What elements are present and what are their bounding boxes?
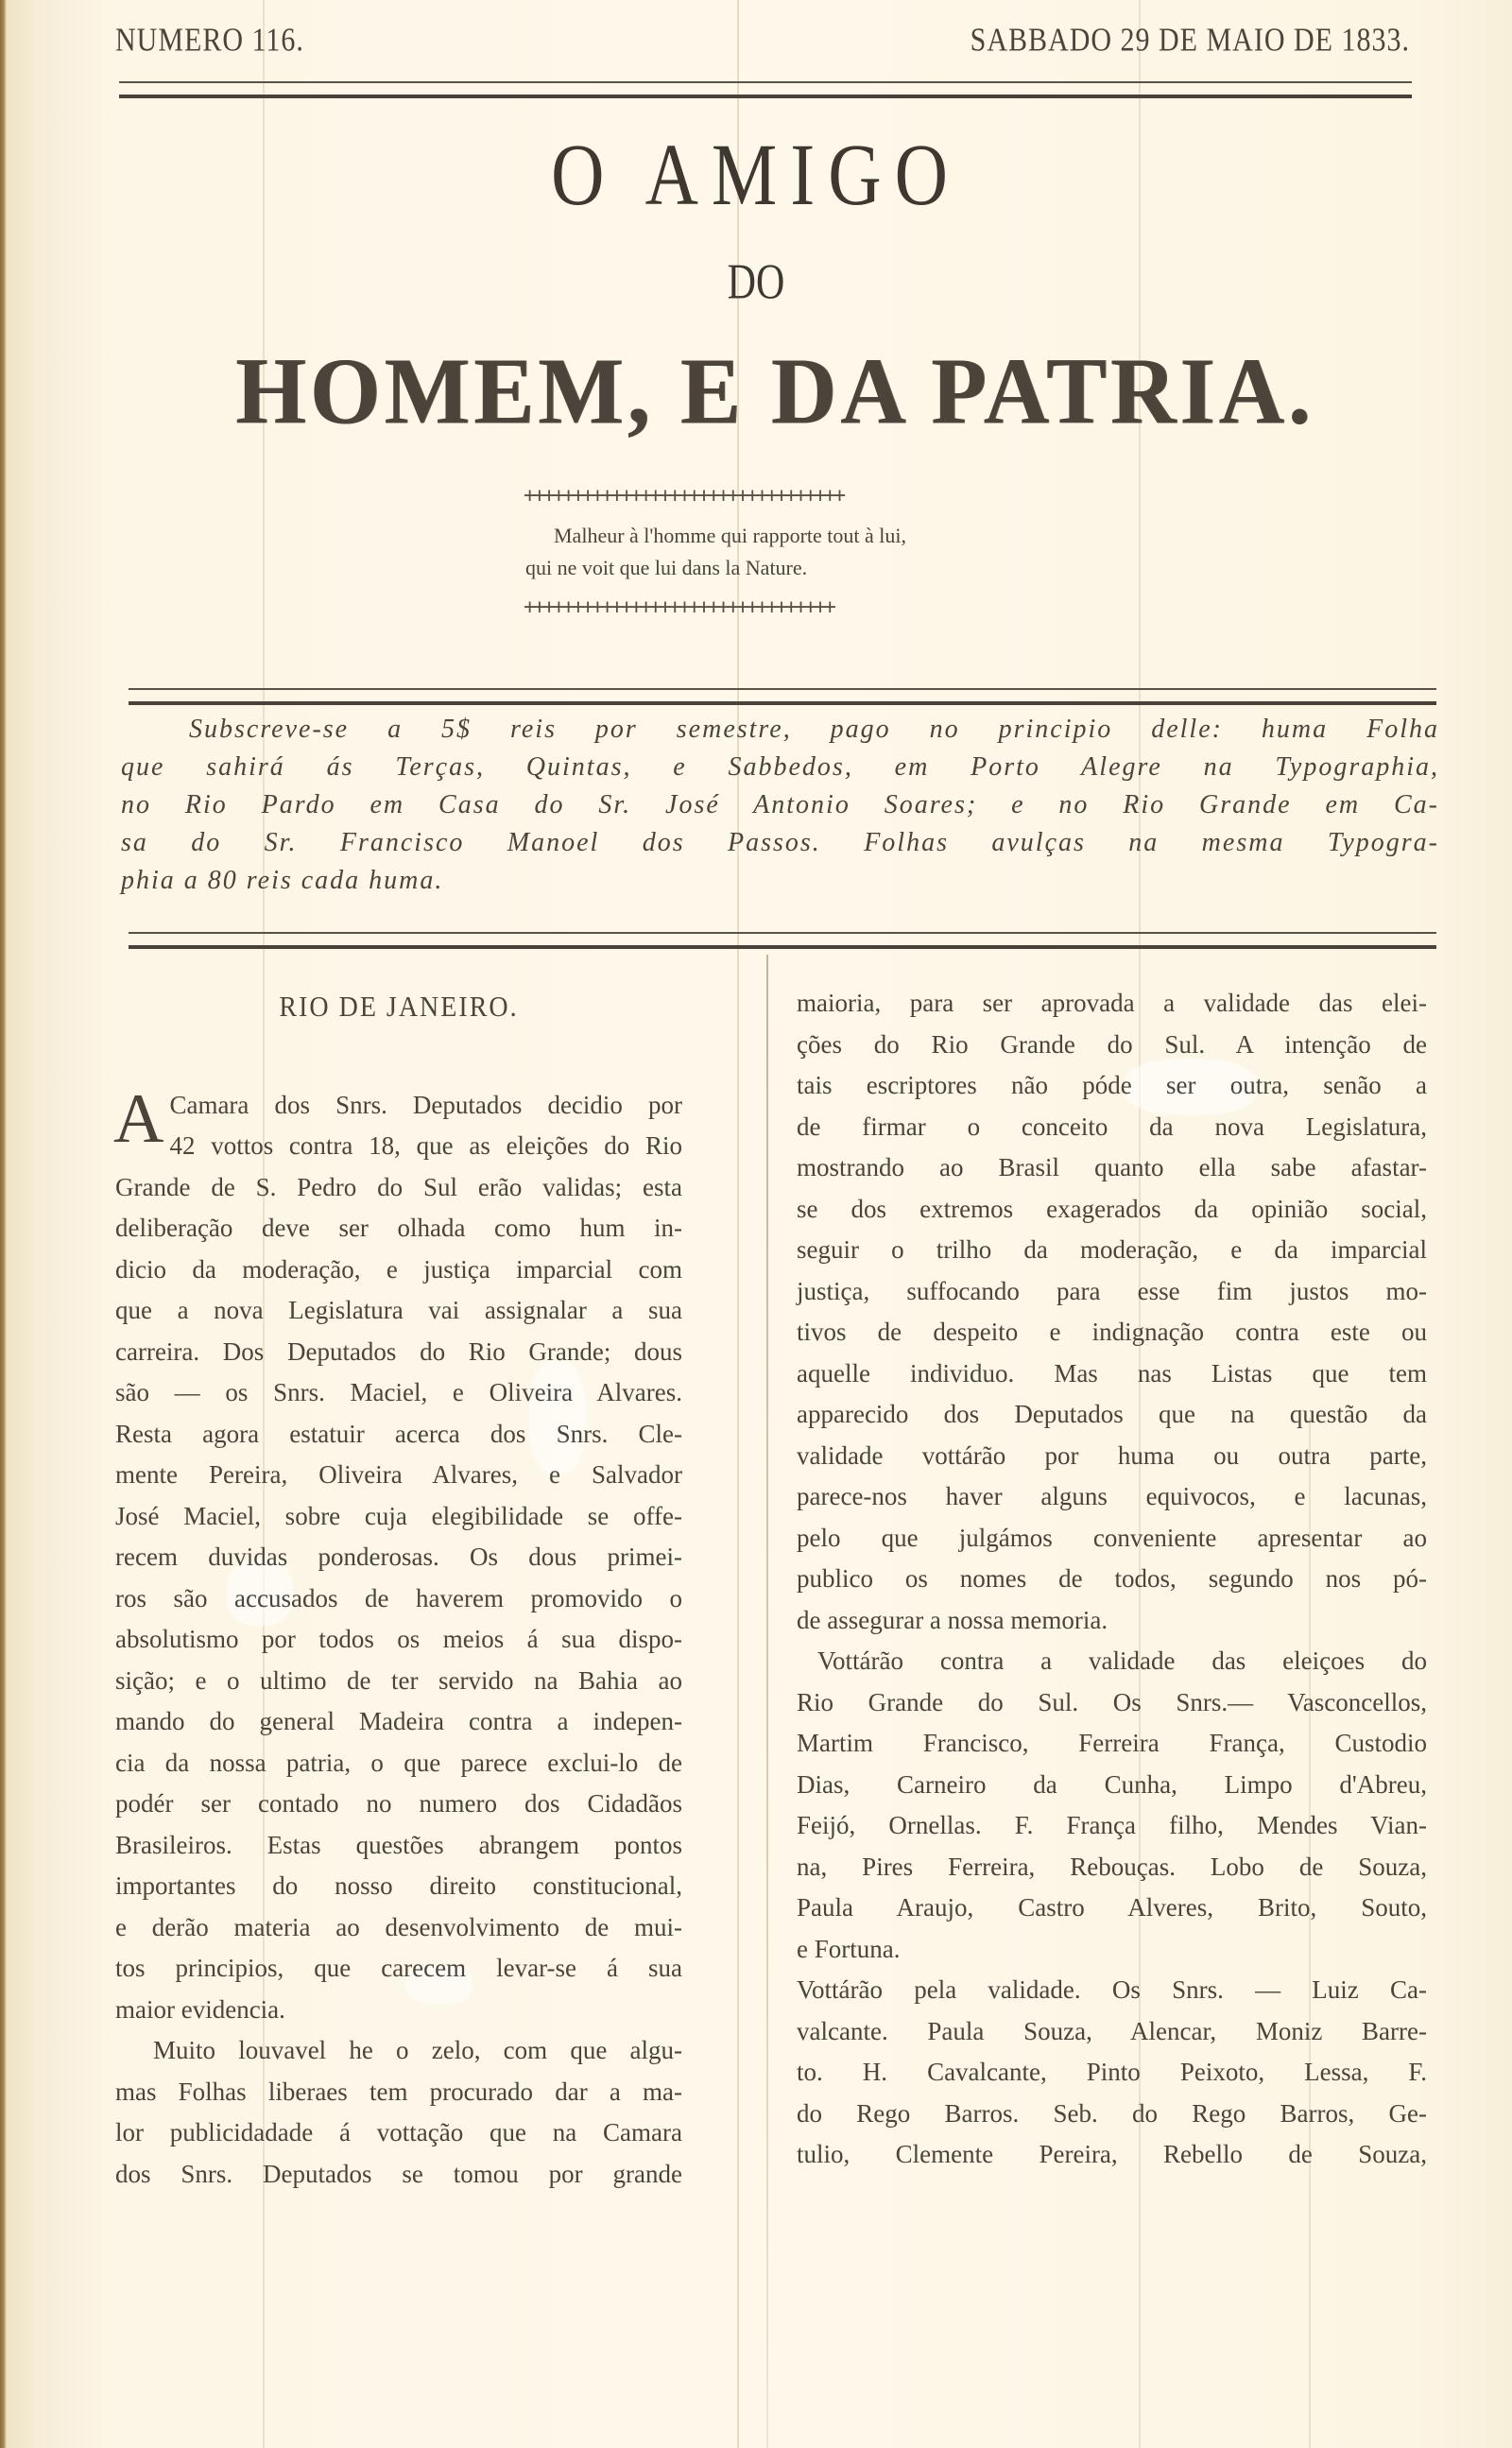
text-line: Rio Grande do Sul. Os Snrs.— Vasconcello…: [797, 1682, 1427, 1724]
text-line: pelo que julgámos conveniente apresentar…: [797, 1518, 1427, 1560]
text-line: tulio, Clemente Pereira, Rebello de Souz…: [797, 2134, 1427, 2176]
text-line: seguir o trilho da moderação, e da impar…: [797, 1230, 1427, 1271]
text-line: ros são accusados de haverem promovido o: [115, 1578, 682, 1620]
text-line: podér ser contado no numero dos Cidadãos: [115, 1784, 682, 1825]
text-line: Paula Araujo, Castro Alveres, Brito, Sou…: [797, 1888, 1427, 1929]
text-line: na, Pires Ferreira, Rebouças. Lobo de So…: [797, 1847, 1427, 1888]
subscription-line: que sahirá ás Terças, Quintas, e Sabbedo…: [121, 749, 1439, 786]
subscription-notice: Subscreve-se a 5$ reis por semestre, pag…: [121, 711, 1439, 900]
text-line: apparecido dos Deputados que na questão …: [797, 1394, 1427, 1436]
text-line: Martim Francisco, Ferreira França, Custo…: [797, 1723, 1427, 1765]
text-line: dicio da moderação, e justiça imparcial …: [115, 1250, 682, 1291]
article-heading: RIO DE JANEIRO.: [115, 985, 682, 1030]
ornament-rule-top: +++++++++++++++++++++++++++++++++: [524, 484, 1039, 508]
text-line: mostrando ao Brasil quanto ella sabe afa…: [797, 1147, 1427, 1189]
column-divider: [766, 955, 768, 2448]
text-line: e derão materia ao desenvolvimento de mu…: [115, 1907, 682, 1949]
text-line: publico os nomes de todos, segundo nos p…: [797, 1559, 1427, 1600]
text-line: Feijó, Ornellas. F. França filho, Mendes…: [797, 1805, 1427, 1847]
text-line: do Rego Barros. Seb. do Rego Barros, Ge-: [797, 2094, 1427, 2135]
text-line: tos principios, que carecem levar-se á s…: [115, 1948, 682, 1990]
subscription-rule-top: [129, 688, 1436, 705]
text-line: tivos de despeito e indignação contra es…: [797, 1312, 1427, 1353]
subscription-line: phia a 80 reis cada huma.: [121, 862, 1439, 900]
text-line: Camara dos Snrs. Deputados decidio por: [115, 1085, 682, 1127]
text-line: se dos extremos exagerados da opinião so…: [797, 1189, 1427, 1231]
text-line: maioria, para ser aprovada a validade da…: [797, 983, 1427, 1025]
article-paragraph: Muito louvavel he o zelo, com que algu- …: [115, 2030, 682, 2195]
text-line: parece-nos haver alguns equivocos, e lac…: [797, 1476, 1427, 1518]
text-line: validade vottárão por huma ou outra part…: [797, 1436, 1427, 1477]
newspaper-page: NUMERO 116. SABBADO 29 DE MAIO DE 1833. …: [0, 0, 1512, 2448]
article-paragraph: Vottárão contra a validade das eleiçoes …: [797, 1641, 1427, 1970]
text-line: to. H. Cavalcante, Pinto Peixoto, Lessa,…: [797, 2052, 1427, 2094]
subscription-line: no Rio Pardo em Casa do Sr. José Antonio…: [121, 786, 1439, 824]
article-left-column: RIO DE JANEIRO. A Camara dos Snrs. Deput…: [115, 983, 682, 2195]
text-line: José Maciel, sobre cuja elegibilidade se…: [115, 1496, 682, 1538]
masthead-top-line: NUMERO 116. SABBADO 29 DE MAIO DE 1833.: [115, 22, 1410, 59]
text-line: recem duvidas ponderosas. Os dous primei…: [115, 1537, 682, 1578]
text-line: Vottárão pela validade. Os Snrs. — Luiz …: [797, 1970, 1427, 2011]
subscription-line: Subscreve-se a 5$ reis por semestre, pag…: [121, 711, 1439, 749]
ornament-rule-bottom: ++++++++++++++++++++++++++++++++: [524, 595, 1010, 619]
text-line: valcante. Paula Souza, Alencar, Moniz Ba…: [797, 2011, 1427, 2053]
text-line: são — os Snrs. Maciel, e Oliveira Alvare…: [115, 1372, 682, 1414]
issue-date: SABBADO 29 DE MAIO DE 1833.: [971, 22, 1410, 59]
epigraph-line-2: qui ne voit que lui dans la Nature.: [525, 556, 807, 579]
text-line: Vottárão contra a validade das eleiçoes …: [797, 1641, 1427, 1682]
text-line: lor publicidadade á vottação que na Cama…: [115, 2112, 682, 2154]
epigraph: Malheur à l'homme qui rapporte tout à lu…: [525, 520, 1055, 584]
text-line: de assegurar a nossa memoria.: [797, 1600, 1427, 1642]
text-line: deliberação deve ser olhada como hum in-: [115, 1208, 682, 1250]
epigraph-line-1: Malheur à l'homme qui rapporte tout à lu…: [525, 520, 1055, 552]
article-paragraph: Vottárão pela validade. Os Snrs. — Luiz …: [797, 1970, 1427, 2176]
text-line: mando do general Madeira contra a indepe…: [115, 1701, 682, 1743]
text-line: absolutismo por todos os meios á sua dis…: [115, 1619, 682, 1661]
newspaper-title-line-2: DO: [0, 254, 1512, 311]
text-line: e Fortuna.: [797, 1929, 1427, 1971]
article-paragraph: maioria, para ser aprovada a validade da…: [797, 983, 1427, 1641]
text-line: aquelle individuo. Mas nas Listas que te…: [797, 1353, 1427, 1395]
text-line: 42 vottos contra 18, que as eleições do …: [115, 1126, 682, 1167]
header-rule: [119, 81, 1412, 98]
text-line: cia da nossa patria, o que parece exclui…: [115, 1743, 682, 1784]
text-line: carreira. Dos Deputados do Rio Grande; d…: [115, 1332, 682, 1373]
text-line: maior evidencia.: [115, 1990, 682, 2031]
text-line: de firmar o conceito da nova Legislatura…: [797, 1107, 1427, 1148]
text-line: Grande de S. Pedro do Sul erão validas; …: [115, 1167, 682, 1209]
issue-number: NUMERO 116.: [115, 22, 304, 59]
text-line: mente Pereira, Oliveira Alvares, e Salva…: [115, 1455, 682, 1496]
text-line: justiça, suffocando para esse fim justos…: [797, 1271, 1427, 1313]
newspaper-title-line-3: HOMEM, E DA PATRIA.: [132, 336, 1417, 446]
text-line: tais escriptores não póde ser outra, sen…: [797, 1065, 1427, 1107]
text-line: importantes do nosso direito constitucio…: [115, 1866, 682, 1907]
article-right-column: maioria, para ser aprovada a validade da…: [797, 983, 1427, 2176]
text-line: Resta agora estatuir acerca dos Snrs. Cl…: [115, 1414, 682, 1456]
text-line: Brasileiros. Estas questões abrangem pon…: [115, 1825, 682, 1867]
drop-cap: A: [113, 1091, 163, 1147]
text-line: Muito louvavel he o zelo, com que algu-: [115, 2030, 682, 2072]
subscription-line: sa do Sr. Francisco Manoel dos Passos. F…: [121, 824, 1439, 862]
text-line: Dias, Carneiro da Cunha, Limpo d'Abreu,: [797, 1765, 1427, 1806]
text-line: dos Snrs. Deputados se tomou por grande: [115, 2154, 682, 2196]
text-line: ções do Rio Grande do Sul. A intenção de: [797, 1025, 1427, 1066]
subscription-rule-bottom: [129, 932, 1436, 949]
newspaper-title-line-1: O AMIGO: [0, 124, 1512, 226]
text-line: sição; e o ultimo de ter servido na Bahi…: [115, 1661, 682, 1702]
text-line: mas Folhas liberaes tem procurado dar a …: [115, 2072, 682, 2113]
text-line: que a nova Legislatura vai assignalar a …: [115, 1290, 682, 1332]
article-paragraph: A Camara dos Snrs. Deputados decidio por…: [115, 1085, 682, 2031]
